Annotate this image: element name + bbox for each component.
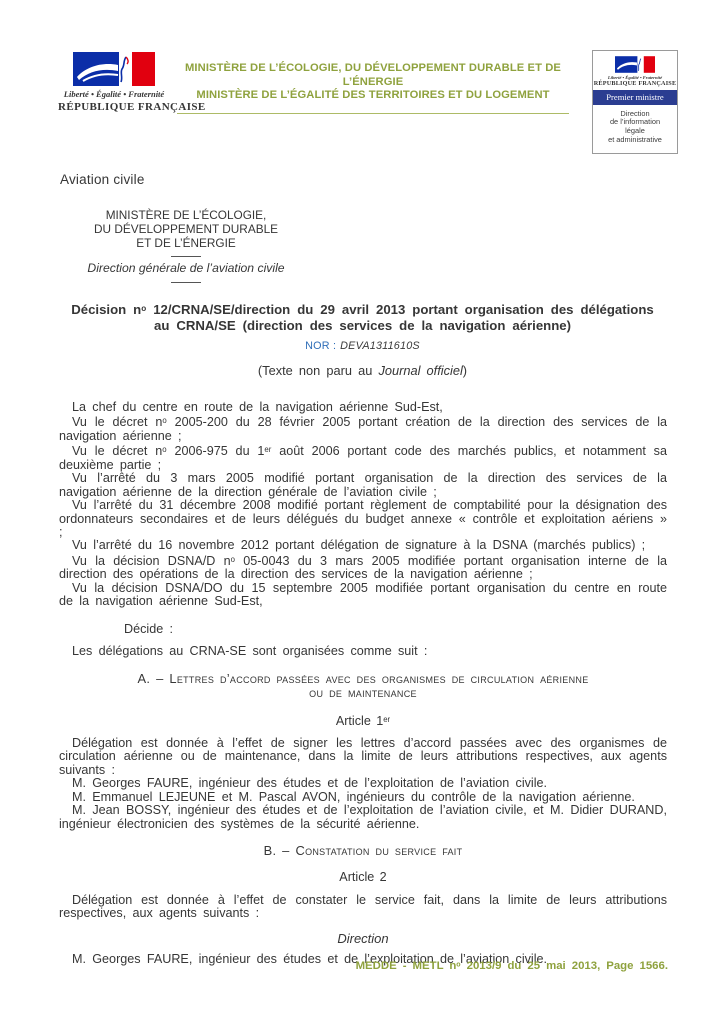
visa-text: Vu le décret n	[72, 415, 162, 429]
paragraph-visa-decision-dsna-do: Vu la décision DSNA/DO du 15 septembre 2…	[59, 582, 667, 609]
visa-text: Vu le décret n	[72, 444, 162, 458]
section-b-line-1: B. – Constatation du service fait	[59, 844, 667, 858]
paragraph-visa-arrete-2012: Vu l’arrêté du 16 novembre 2012 portant …	[59, 539, 667, 552]
texte-post: )	[463, 363, 467, 378]
dila-direction-text: Direction de l’information légale et adm…	[593, 110, 677, 145]
journal-officiel-italic: Journal officiel	[378, 363, 462, 378]
section-label: Aviation civile	[60, 172, 145, 187]
nor-line: NOR :DEVA1311610S	[62, 340, 663, 352]
issuer-line-2: DU DÉVELOPPEMENT DURABLE	[60, 223, 312, 237]
section-a-line-1: A. – Lettres d’accord passées avec des o…	[59, 672, 667, 686]
ministry-line-1: MINISTÈRE DE L’ÉCOLOGIE, DU DÉVELOPPEMEN…	[168, 62, 578, 89]
paragraph-agents-lejeune-avon: M. Emmanuel LEJEUNE et M. Pascal AVON, i…	[59, 791, 667, 804]
republique-francaise-label: RÉPUBLIQUE FRANÇAISE	[58, 101, 170, 113]
issuer-line-3: ET DE L’ÉNERGIE	[60, 237, 312, 251]
visa-text-mid: 2006-975 du 1	[167, 444, 265, 458]
dila-republique-label: RÉPUBLIQUE FRANÇAISE	[593, 80, 677, 87]
issuer-line-1: MINISTÈRE DE L’ÉCOLOGIE,	[60, 209, 312, 223]
texte-pre: (Texte non paru au	[258, 363, 379, 378]
paragraph-visa-arrete-2005: Vu l’arrêté du 3 mars 2005 modifié porta…	[59, 472, 667, 499]
direction-subheading: Direction	[59, 932, 667, 945]
decision-title-block: Décision no 12/CRNA/SE/direction du 29 a…	[62, 301, 663, 378]
nor-label: NOR :	[305, 340, 336, 352]
paragraph-visa-decret-2005: Vu le décret no 2005-200 du 28 février 2…	[59, 414, 667, 443]
paragraph-article-2-body: Délégation est donnée à l’effet de const…	[59, 894, 667, 921]
page-footer-reference: MEDDE - METL no 2013/9 du 25 mai 2013, P…	[356, 960, 668, 972]
premier-ministre-banner: Premier ministre	[593, 90, 677, 105]
article-1-heading: Article 1er	[59, 713, 667, 728]
visa-text: Vu la décision DSNA/D n	[72, 554, 231, 568]
section-b-heading: B. – Constatation du service fait	[59, 844, 667, 858]
marianne-motto: Liberté • Égalité • Fraternité	[58, 89, 170, 99]
ministries-header: MINISTÈRE DE L’ÉCOLOGIE, DU DÉVELOPPEMEN…	[168, 62, 578, 114]
paragraph-delegations-intro: Les délégations au CRNA-SE sont organisé…	[59, 645, 667, 658]
issuer-direction: Direction générale de l’aviation civile	[60, 262, 312, 276]
document-page: Liberté • Égalité • Fraternité RÉPUBLIQU…	[0, 0, 725, 1024]
ministry-line-2: MINISTÈRE DE L’ÉGALITÉ DES TERRITOIRES E…	[168, 89, 578, 103]
paragraph-visa-decret-2006: Vu le décret no 2006-975 du 1er août 200…	[59, 443, 667, 472]
paragraph-visas-intro: La chef du centre en route de la navigat…	[59, 401, 667, 414]
issuer-separator-rule-2	[171, 282, 201, 283]
decision-body: La chef du centre en route de la navigat…	[59, 401, 667, 966]
issuer-block: MINISTÈRE DE L’ÉCOLOGIE, DU DÉVELOPPEMEN…	[60, 209, 312, 288]
header-rule	[177, 113, 569, 114]
paragraph-visa-decision-dsna-d: Vu la décision DSNA/D no 05-0043 du 3 ma…	[59, 553, 667, 582]
ordinal-sup-er: er	[383, 715, 390, 724]
article-1-label: Article 1	[336, 714, 383, 728]
section-a-line-2: ou de maintenance	[59, 686, 667, 700]
title-text: Décision n	[71, 302, 141, 317]
decide-line: Décide :	[59, 623, 667, 636]
marianne-logo-block: Liberté • Égalité • Fraternité RÉPUBLIQU…	[58, 52, 170, 113]
issuer-separator-rule	[171, 256, 201, 257]
article-2-heading: Article 2	[59, 871, 667, 884]
title-text-cont: 12/CRNA/SE/direction du 29 avril 2013 po…	[146, 302, 654, 317]
footer-text: MEDDE - METL n	[356, 960, 457, 972]
dila-french-flag-icon	[615, 56, 655, 73]
decision-title-line-2: au CRNA/SE (direction des services de la…	[62, 318, 663, 334]
french-flag-marianne-icon	[73, 52, 155, 86]
dila-box: Liberté • Égalité • Fraternité RÉPUBLIQU…	[592, 50, 678, 154]
footer-text-cont: 2013/9 du 25 mai 2013, Page 1566.	[461, 960, 668, 972]
paragraph-agents-bossy-durand: M. Jean BOSSY, ingénieur des études et d…	[59, 804, 667, 831]
paragraph-agent-faure: M. Georges FAURE, ingénieur des études e…	[59, 777, 667, 790]
paragraph-visa-arrete-2008: Vu l’arrêté du 31 décembre 2008 modifié …	[59, 499, 667, 539]
texte-non-paru-line: (Texte non paru au Journal officiel)	[62, 363, 663, 378]
dila-line-4: et administrative	[593, 136, 677, 145]
paragraph-article-1-body: Délégation est donnée à l’effet de signe…	[59, 737, 667, 777]
decision-title-line-1: Décision no 12/CRNA/SE/direction du 29 a…	[62, 301, 663, 318]
section-a-heading: A. – Lettres d’accord passées avec des o…	[59, 672, 667, 700]
nor-value: DEVA1311610S	[340, 340, 420, 352]
